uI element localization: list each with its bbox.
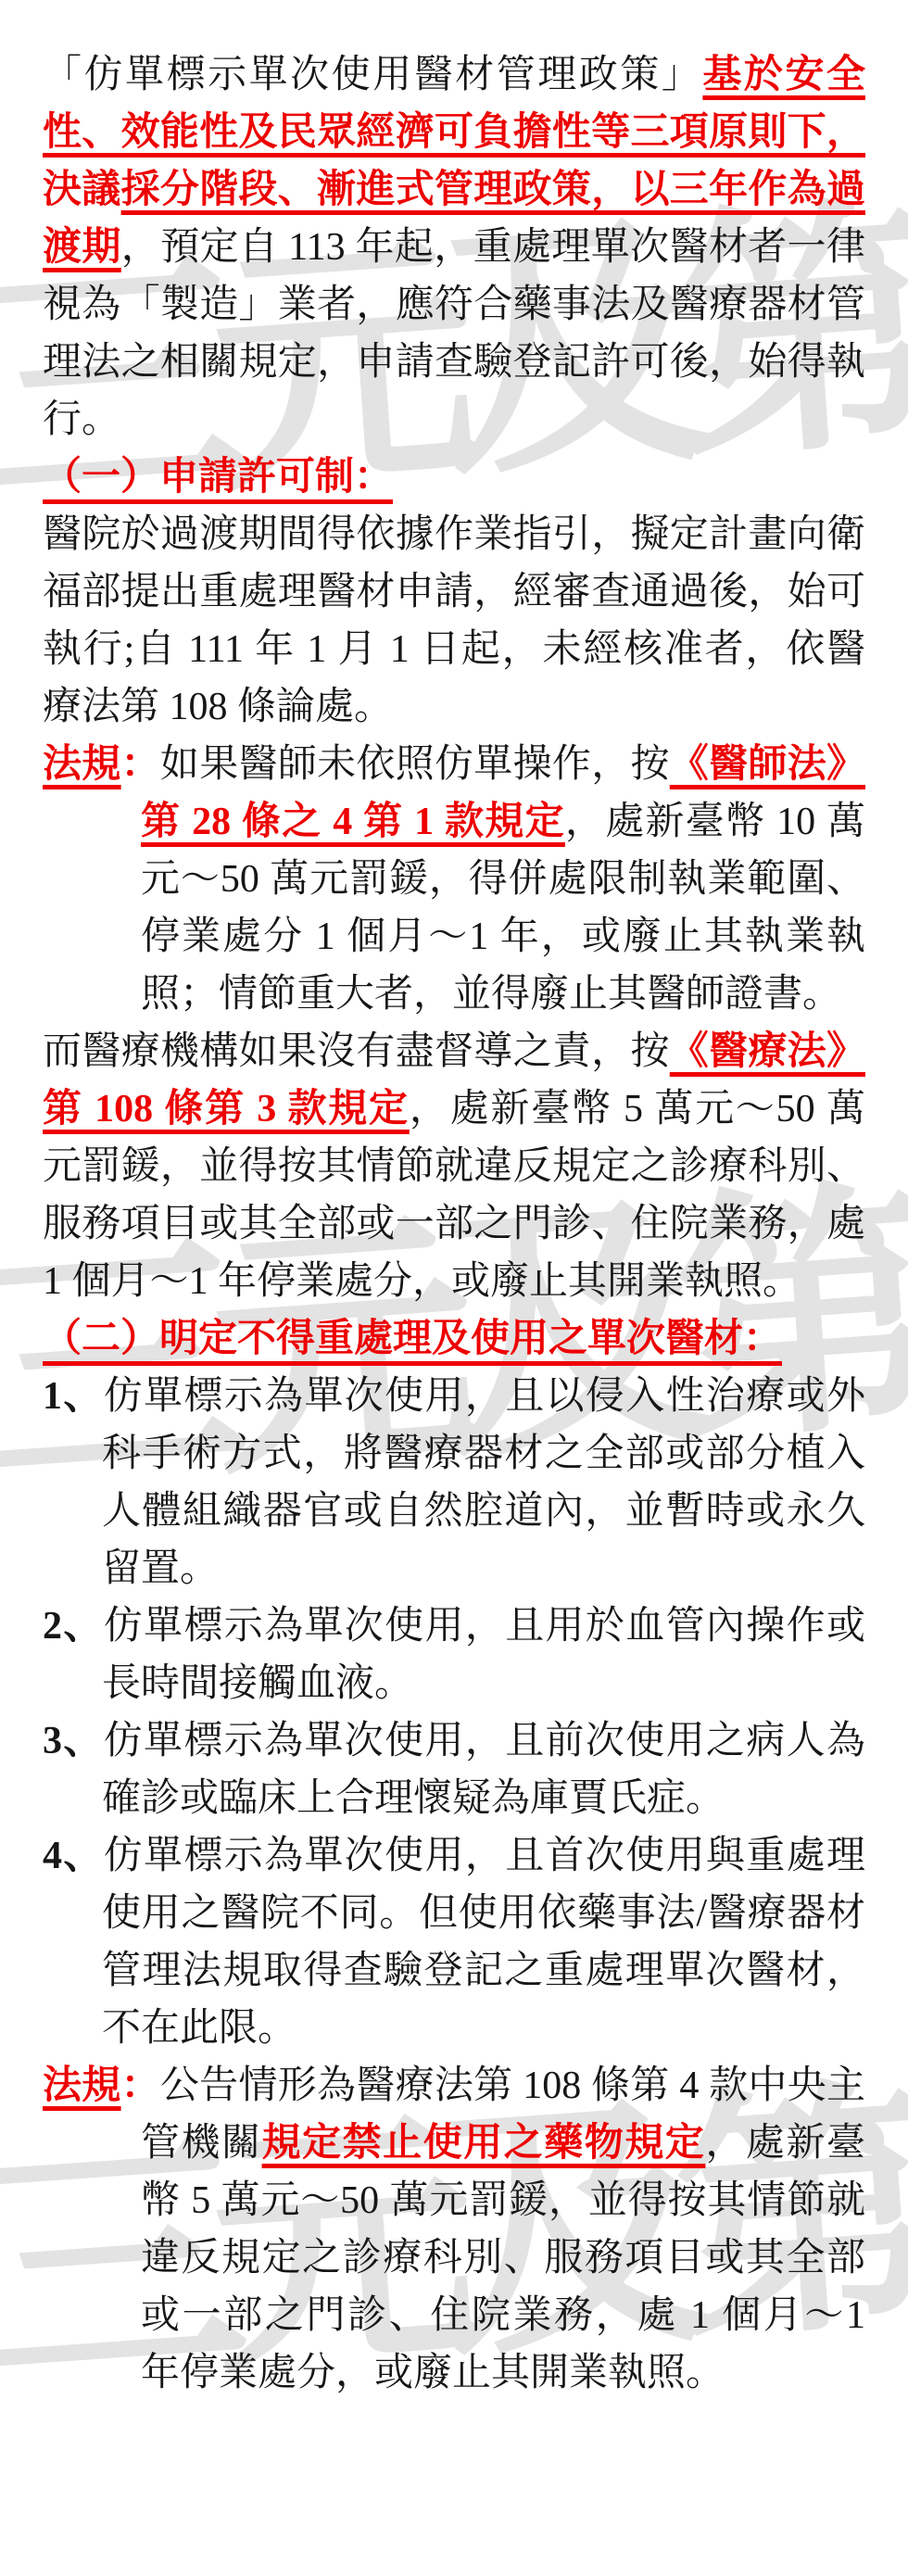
reg2-body-start: 而醫療機構如果沒有盡督導之責，按: [43, 1030, 670, 1073]
section2-heading: （二）明定不得重處理及使用之單次醫材：: [43, 1318, 782, 1360]
regulation-label-1: 法規: [43, 743, 121, 786]
list-item-2-number: 2、: [43, 1605, 104, 1648]
section1-heading: （一）申請許可制：: [43, 456, 393, 499]
list-item-3-text: 仿單標示為單次使用，且前次使用之病人為確診或臨床上合理懷疑為庫賈氏症。: [102, 1720, 865, 1820]
reg1-body-start: 如果醫師未依照仿單操作，按: [160, 743, 670, 786]
section1-regulation-paragraph-2: 而醫療機構如果沒有盡督導之責，按《醫療法》第 108 條第 3 款規定，處新臺幣…: [43, 1023, 865, 1310]
list-item-3: 3、仿單標示為單次使用，且前次使用之病人為確診或臨床上合理懷疑為庫賈氏症。: [43, 1712, 865, 1827]
list-item-3-number: 3、: [43, 1720, 104, 1762]
section1-regulation-paragraph-1: 法規：如果醫師未依照仿單操作，按《醫師法》第 28 條之 4 第 1 款規定，處…: [43, 736, 865, 1023]
section2-regulation-paragraph: 法規：公告情形為醫療法第 108 條第 4 款中央主管機關規定禁止使用之藥物規定…: [43, 2057, 865, 2402]
reg3-law-citation: 規定禁止使用之藥物規定: [262, 2122, 706, 2165]
regulation-label-2: 法規: [43, 2065, 121, 2107]
section1-paragraph: 醫院於過渡期間得依據作業指引，擬定計畫向衛福部提出重處理醫材申請，經審查通過後，…: [43, 506, 865, 736]
list-item-2-text: 仿單標示為單次使用，且用於血管內操作或長時間接觸血液。: [102, 1605, 865, 1705]
intro-paragraph: 「仿單標示單次使用醫材管理政策」基於安全性、效能性及民眾經濟可負擔性等三項原則下…: [43, 46, 865, 448]
section2-heading-row: （二）明定不得重處理及使用之單次醫材：: [43, 1310, 865, 1368]
list-item-1-text: 仿單標示為單次使用，且以侵入性治療或外科手術方式，將醫療器材之全部或部分植入人體…: [102, 1375, 865, 1590]
document-content: 「仿單標示單次使用醫材管理政策」基於安全性、效能性及民眾經濟可負擔性等三項原則下…: [0, 0, 908, 2402]
regulation-label-1-colon: ：: [121, 743, 160, 786]
section1-heading-row: （一）申請許可制：: [43, 448, 865, 506]
intro-body-text: ，預定自 113 年起，重處理單次醫材者一律視為「製造」業者，應符合藥事法及醫療…: [43, 226, 865, 441]
intro-decision-word: 決議: [43, 169, 121, 211]
regulation-label-2-colon: ：: [121, 2065, 160, 2107]
list-item-4: 4、仿單標示為單次使用，且首次使用與重處理使用之醫院不同。但使用依藥事法/醫療器…: [43, 1827, 865, 2057]
document-page: 三元及第 三元及第 三元及第 「仿單標示單次使用醫材管理政策」基於安全性、效能性…: [0, 0, 908, 2576]
list-item-1-number: 1、: [43, 1375, 104, 1418]
intro-quote-title: 「仿單標示單次使用醫材管理政策」: [43, 54, 702, 96]
list-item-4-number: 4、: [43, 1835, 104, 1877]
list-item-1: 1、仿單標示為單次使用，且以侵入性治療或外科手術方式，將醫療器材之全部或部分植入…: [43, 1368, 865, 1597]
list-item-4-text: 仿單標示為單次使用，且首次使用與重處理使用之醫院不同。但使用依藥事法/醫療器材管…: [102, 1835, 865, 2050]
list-item-2: 2、仿單標示為單次使用，且用於血管內操作或長時間接觸血液。: [43, 1597, 865, 1712]
